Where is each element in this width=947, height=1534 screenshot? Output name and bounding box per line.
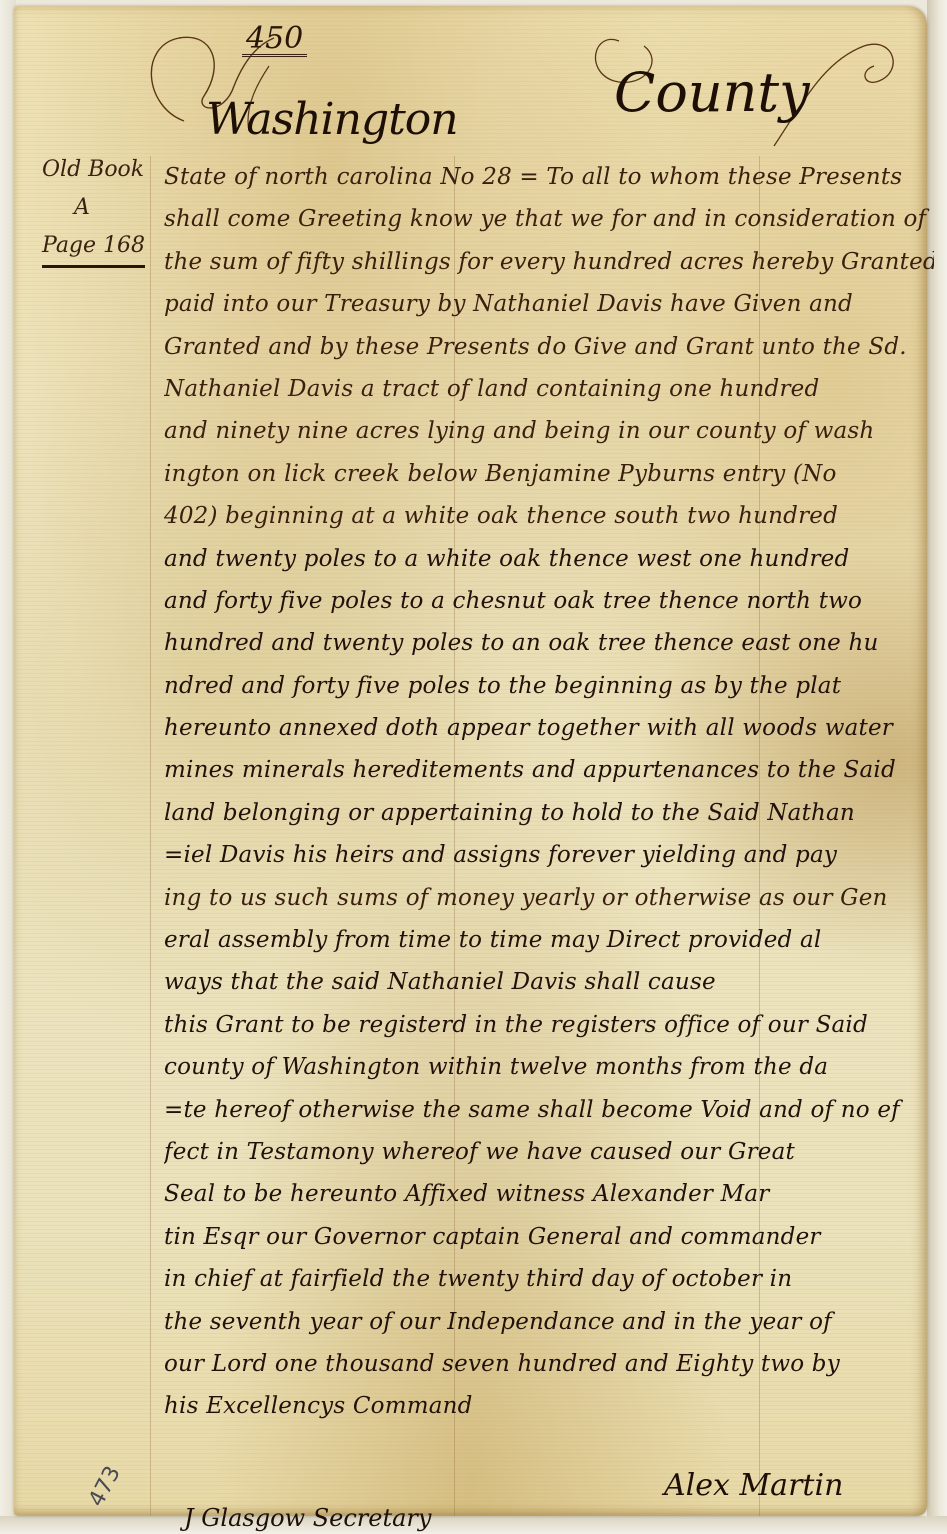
text-line: State of north carolina No 28 = To all t…	[164, 156, 934, 198]
manuscript-page: 450 Washington County Old Book A Page 16…	[14, 6, 927, 1516]
text-line: ndred and forty five poles to the beginn…	[164, 665, 934, 707]
text-line: and twenty poles to a white oak thence w…	[164, 538, 934, 580]
text-line: tin Esqr our Governor captain General an…	[164, 1216, 934, 1258]
scan-mount-bottom	[0, 1516, 947, 1534]
signature-governor: Alex Martin	[664, 1468, 843, 1503]
text-line: this Grant to be registerd in the regist…	[164, 1004, 934, 1046]
text-line: Granted and by these Presents do Give an…	[164, 326, 934, 368]
text-line: =iel Davis his heirs and assigns forever…	[164, 834, 934, 876]
heading-washington: Washington	[206, 94, 458, 145]
text-line: and ninety nine acres lying and being in…	[164, 410, 934, 452]
page-number: 450	[242, 24, 307, 57]
margin-note: Old Book A Page 168	[42, 151, 162, 268]
text-line: ington on lick creek below Benjamine Pyb…	[164, 453, 934, 495]
text-line: mines minerals hereditements and appurte…	[164, 749, 934, 791]
signature-secretary: J Glasgow Secretary	[184, 1504, 431, 1532]
margin-rule	[150, 156, 151, 1516]
text-line: eral assembly from time to time may Dire…	[164, 919, 934, 961]
text-line: paid into our Treasury by Nathaniel Davi…	[164, 283, 934, 325]
text-line: Seal to be hereunto Affixed witness Alex…	[164, 1173, 934, 1215]
text-line: 402) beginning at a white oak thence sou…	[164, 495, 934, 537]
text-line: land belonging or appertaining to hold t…	[164, 792, 934, 834]
text-line: Nathaniel Davis a tract of land containi…	[164, 368, 934, 410]
text-line: ways that the said Nathaniel Davis shall…	[164, 961, 934, 1003]
text-line: in chief at fairfield the twenty third d…	[164, 1258, 934, 1300]
text-line: the seventh year of our Independance and…	[164, 1301, 934, 1343]
margin-note-page: Page 168	[42, 227, 145, 268]
heading-county: County	[614, 61, 810, 124]
text-line: hundred and twenty poles to an oak tree …	[164, 622, 934, 664]
text-line: the sum of fifty shillings for every hun…	[164, 241, 934, 283]
text-line: =te hereof otherwise the same shall beco…	[164, 1089, 934, 1131]
text-line: ing to us such sums of money yearly or o…	[164, 877, 934, 919]
text-line: hereunto annexed doth appear together wi…	[164, 707, 934, 749]
grant-text: State of north carolina No 28 = To all t…	[164, 156, 934, 1428]
text-line: his Excellencys Command	[164, 1385, 934, 1427]
text-line: our Lord one thousand seven hundred and …	[164, 1343, 934, 1385]
text-line: and forty five poles to a chesnut oak tr…	[164, 580, 934, 622]
archive-pencil-number: 473	[84, 1462, 126, 1511]
text-line: fect in Testamony whereof we have caused…	[164, 1131, 934, 1173]
margin-note-volume: A	[42, 189, 162, 227]
text-line: county of Washington within twelve month…	[164, 1046, 934, 1088]
margin-note-book: Old Book	[42, 151, 162, 189]
text-line: shall come Greeting know ye that we for …	[164, 198, 934, 240]
